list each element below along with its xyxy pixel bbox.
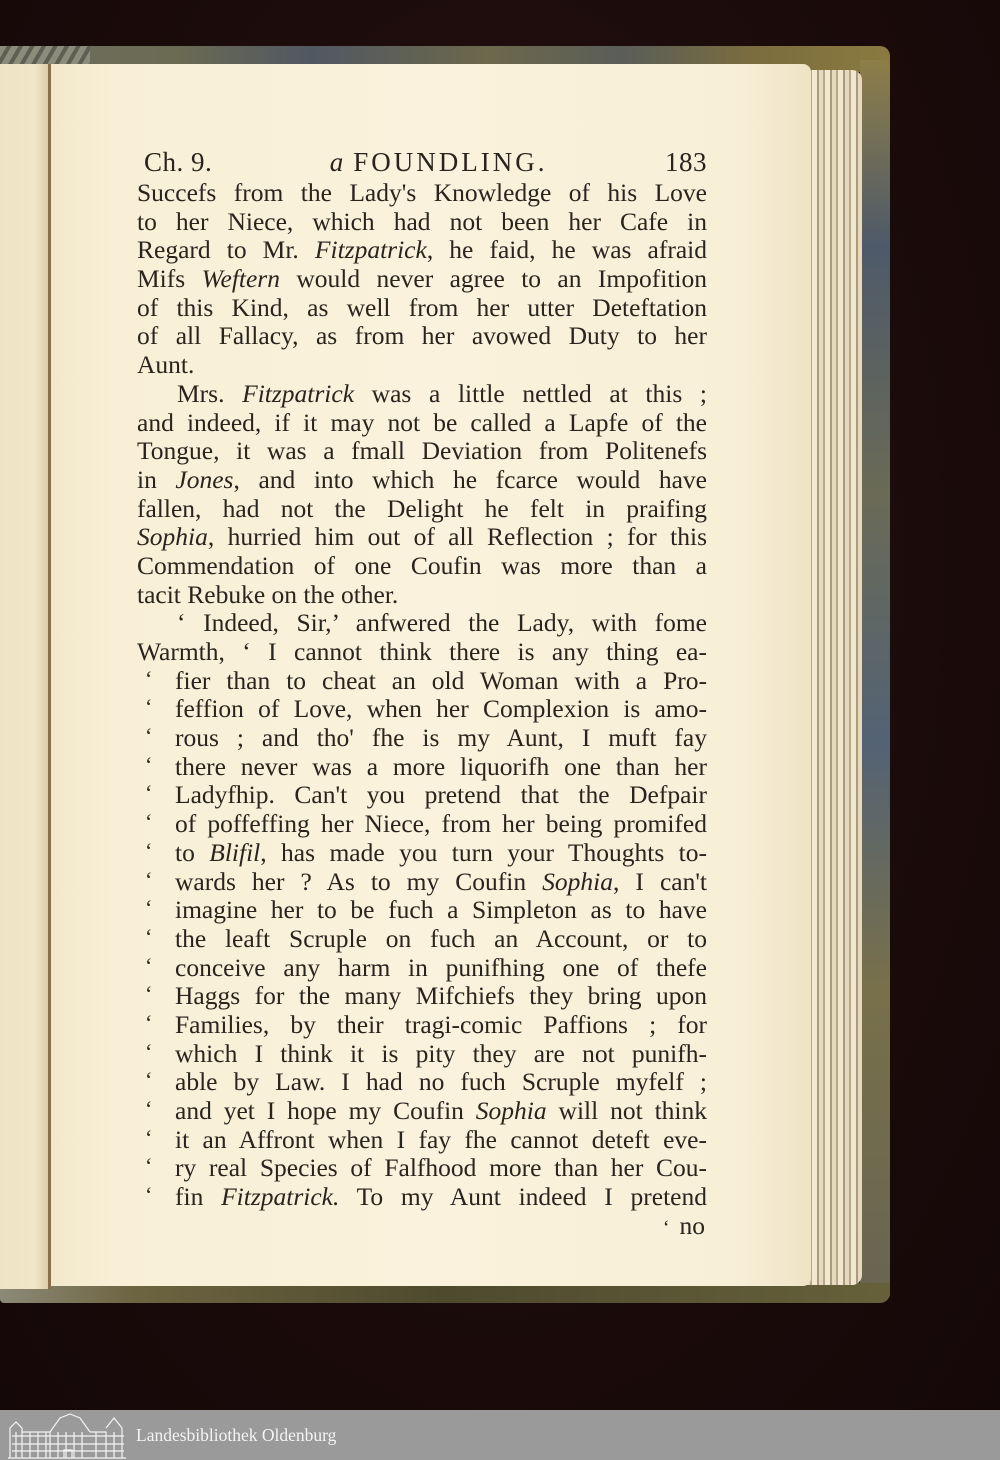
library-building-icon	[6, 1410, 128, 1460]
text-segment: will not think	[547, 1096, 707, 1125]
text-line: Aunt.	[137, 351, 707, 380]
text-line: conceive any harm in punifhing one of th…	[137, 954, 707, 983]
text-line: fallen, had not the Delight he felt in p…	[137, 495, 707, 524]
text-line: fier than to cheat an old Woman with a P…	[137, 667, 707, 696]
text-segment: there never was a more liquorifh one tha…	[175, 752, 707, 781]
text-segment: To my Aunt indeed I pretend	[339, 1182, 707, 1211]
text-line: Tongue, it was a fmall Deviation from Po…	[137, 437, 707, 466]
text-line: able by Law. I had no fuch Scruple myfel…	[137, 1068, 707, 1097]
book-cover-bottom-edge	[0, 1283, 890, 1303]
text-line: and yet I hope my Coufin Sophia will not…	[137, 1097, 707, 1126]
text-segment: imagine her to be fuch a Simpleton as to…	[175, 895, 707, 924]
text-line: the leaft Scruple on fuch an Account, or…	[137, 925, 707, 954]
text-line: Haggs for the many Mifchiefs they bring …	[137, 982, 707, 1011]
text-segment: wards her ? As to my Coufin	[175, 867, 542, 896]
text-segment: Tongue, it was a fmall Deviation from Po…	[137, 436, 707, 465]
running-title-prefix: a	[330, 147, 344, 177]
text-segment: conceive any harm in punifhing one of th…	[175, 953, 707, 982]
text-segment: ‘ Indeed, Sir,’ anfwered the Lady, with …	[177, 608, 707, 637]
italic-name: Fitzpatrick.	[221, 1182, 339, 1211]
text-line: Warmth, ‘ I cannot think there is any th…	[137, 638, 707, 667]
library-name: Landesbibliothek Oldenburg	[136, 1425, 336, 1446]
italic-name: Fitzpatrick	[242, 379, 354, 408]
catchword: ‘no	[137, 1212, 707, 1241]
text-segment: , hurried him out of all Reflection ; fo…	[208, 522, 707, 551]
catchword-text: no	[680, 1211, 706, 1240]
running-title-text: FOUNDLING.	[353, 147, 547, 177]
text-line: ‘ Indeed, Sir,’ anfwered the Lady, with …	[137, 609, 707, 638]
text-segment: Ladyfhip. Can't you pretend that the Def…	[175, 780, 707, 809]
text-segment: Warmth, ‘ I cannot think there is any th…	[137, 637, 707, 666]
text-segment: tacit Rebuke on the other.	[137, 580, 398, 609]
text-segment: able by Law. I had no fuch Scruple myfel…	[175, 1067, 707, 1096]
text-line: feffion of Love, when her Complexion is …	[137, 695, 707, 724]
text-segment: , has made you turn your Thoughts to-	[260, 838, 707, 867]
text-line: ry real Species of Falfhood more than he…	[137, 1154, 707, 1183]
text-segment: Haggs for the many Mifchiefs they bring …	[175, 981, 707, 1010]
text-segment: , I can't	[613, 867, 707, 896]
text-line: to her Niece, which had not been her Caf…	[137, 208, 707, 237]
italic-name: Sophia	[476, 1096, 547, 1125]
footer-bar: Landesbibliothek Oldenburg	[0, 1410, 1000, 1460]
text-segment: of this Kind, as well from her utter Det…	[137, 293, 707, 322]
italic-name: Weftern	[202, 264, 280, 293]
italic-name: Blifil	[209, 838, 260, 867]
book-cover-right-edge	[860, 60, 890, 1300]
page-fore-edge	[806, 70, 862, 1285]
text-line: there never was a more liquorifh one tha…	[137, 753, 707, 782]
text-segment: Commendation of one Coufin was more than…	[137, 551, 707, 580]
catchword-quote: ‘	[663, 1217, 670, 1239]
text-segment: to	[175, 838, 209, 867]
text-segment: which I think it is pity they are not pu…	[175, 1039, 707, 1068]
text-segment: in	[137, 465, 175, 494]
text-line: Ladyfhip. Can't you pretend that the Def…	[137, 781, 707, 810]
text-line: of poffeffing her Niece, from her being …	[137, 810, 707, 839]
chapter-label: Ch. 9.	[144, 145, 212, 179]
text-segment: Mifs	[137, 264, 202, 293]
text-segment: , he faid, he was afraid	[427, 235, 707, 264]
book-gutter	[48, 64, 51, 1289]
text-line: Succefs from the Lady's Knowledge of his…	[137, 179, 707, 208]
text-segment: , and into which he fcarce would have	[233, 465, 707, 494]
running-title: aFOUNDLING.	[330, 145, 548, 179]
italic-name: Fitzpatrick	[315, 235, 427, 264]
text-segment: Families, by their tragi-comic Paffions …	[175, 1010, 707, 1039]
text-segment: would never agree to an Impofition	[280, 264, 707, 293]
text-line: wards her ? As to my Coufin Sophia, I ca…	[137, 868, 707, 897]
text-segment: rous ; and tho' fhe is my Aunt, I muft f…	[175, 723, 707, 752]
text-line: in Jones, and into which he fcarce would…	[137, 466, 707, 495]
text-segment: to her Niece, which had not been her Caf…	[137, 207, 707, 236]
page-number: 183	[665, 145, 707, 179]
text-line: which I think it is pity they are not pu…	[137, 1040, 707, 1069]
text-segment: fier than to cheat an old Woman with a P…	[175, 666, 707, 695]
text-line: and indeed, if it may not be called a La…	[137, 409, 707, 438]
text-line: of all Fallacy, as from her avowed Duty …	[137, 322, 707, 351]
text-segment: and yet I hope my Coufin	[175, 1096, 476, 1125]
text-line: fin Fitzpatrick. To my Aunt indeed I pre…	[137, 1183, 707, 1212]
italic-name: Sophia	[137, 522, 208, 551]
running-head: Ch. 9. aFOUNDLING. 183	[144, 145, 707, 179]
text-line: tacit Rebuke on the other.	[137, 581, 707, 610]
text-line: Regard to Mr. Fitzpatrick, he faid, he w…	[137, 236, 707, 265]
italic-name: Jones	[175, 465, 233, 494]
text-line: Commendation of one Coufin was more than…	[137, 552, 707, 581]
text-segment: Succefs from the Lady's Knowledge of his…	[137, 178, 707, 207]
text-segment: fallen, had not the Delight he felt in p…	[137, 494, 707, 523]
text-line: Families, by their tragi-comic Paffions …	[137, 1011, 707, 1040]
text-line: imagine her to be fuch a Simpleton as to…	[137, 896, 707, 925]
text-line: Sophia, hurried him out of all Reflectio…	[137, 523, 707, 552]
text-segment: and indeed, if it may not be called a La…	[137, 408, 707, 437]
text-line: rous ; and tho' fhe is my Aunt, I muft f…	[137, 724, 707, 753]
left-page-edge	[0, 64, 50, 1289]
text-segment: it an Affront when I fay fhe cannot dete…	[175, 1125, 707, 1154]
text-segment: Regard to Mr.	[137, 235, 315, 264]
text-line: of this Kind, as well from her utter Det…	[137, 294, 707, 323]
text-segment: feffion of Love, when her Complexion is …	[175, 694, 707, 723]
text-segment: of poffeffing her Niece, from her being …	[175, 809, 707, 838]
text-segment: was a little nettled at this ;	[354, 379, 707, 408]
text-line: Mifs Weftern would never agree to an Imp…	[137, 265, 707, 294]
body-text: Succefs from the Lady's Knowledge of his…	[137, 179, 707, 1212]
italic-name: Sophia	[542, 867, 613, 896]
text-segment: fin	[175, 1182, 221, 1211]
text-segment: Aunt.	[137, 350, 194, 379]
text-segment: ry real Species of Falfhood more than he…	[175, 1153, 707, 1182]
text-line: to Blifil, has made you turn your Though…	[137, 839, 707, 868]
text-segment: the leaft Scruple on fuch an Account, or…	[175, 924, 707, 953]
text-line: it an Affront when I fay fhe cannot dete…	[137, 1126, 707, 1155]
text-line: Mrs. Fitzpatrick was a little nettled at…	[137, 380, 707, 409]
text-segment: Mrs.	[177, 379, 242, 408]
text-segment: of all Fallacy, as from her avowed Duty …	[137, 321, 707, 350]
page-text-block: Ch. 9. aFOUNDLING. 183 Succefs from the …	[137, 145, 707, 1240]
